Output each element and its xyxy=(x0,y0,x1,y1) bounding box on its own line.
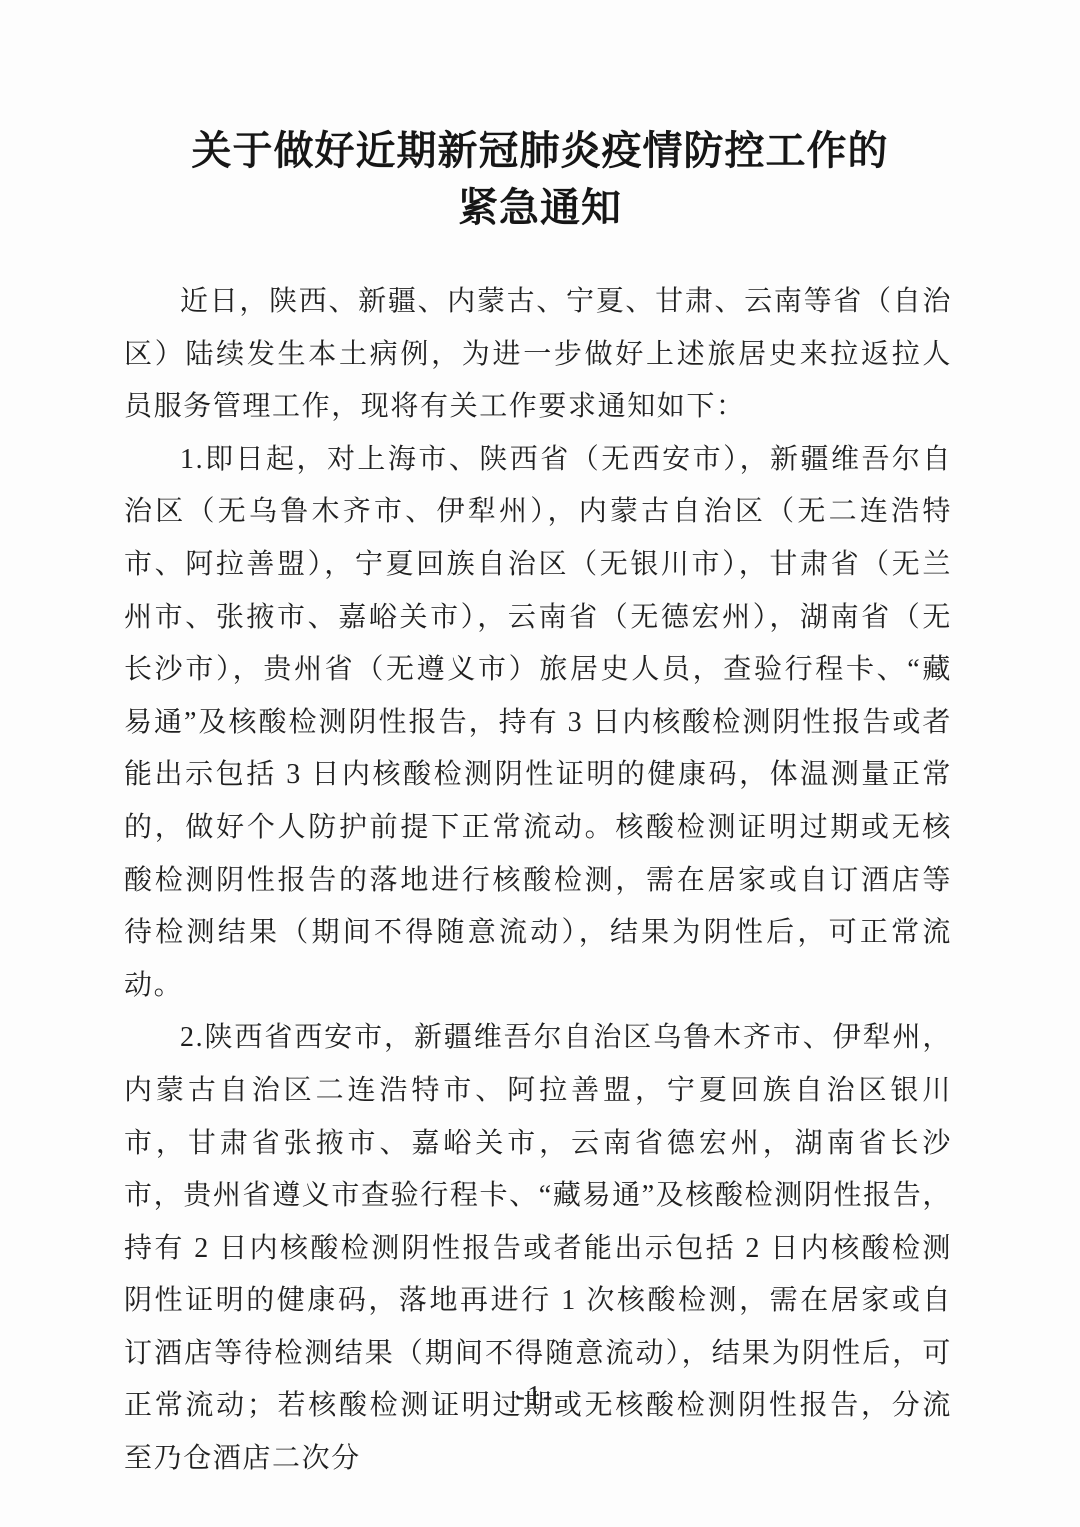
document-body: 近日，陕西、新疆、内蒙古、宁夏、甘肃、云南等省（自治区）陆续发生本土病例，为进一… xyxy=(124,276,952,1486)
title-line-1: 关于做好近期新冠肺炎疫情防控工作的 xyxy=(110,122,970,179)
paragraph-item-2: 2.陕西省西安市，新疆维吾尔自治区乌鲁木齐市、伊犁州，内蒙古自治区二连浩特市、阿… xyxy=(124,1012,952,1485)
document-title: 关于做好近期新冠肺炎疫情防控工作的 紧急通知 xyxy=(0,0,1080,236)
title-line-2: 紧急通知 xyxy=(110,179,970,236)
document-page: 关于做好近期新冠肺炎疫情防控工作的 紧急通知 近日，陕西、新疆、内蒙古、宁夏、甘… xyxy=(0,0,1080,1527)
page-number: -1- xyxy=(0,1381,1070,1413)
paragraph-item-1: 1.即日起，对上海市、陕西省（无西安市），新疆维吾尔自治区（无乌鲁木齐市、伊犁州… xyxy=(124,434,952,1013)
paragraph-intro: 近日，陕西、新疆、内蒙古、宁夏、甘肃、云南等省（自治区）陆续发生本土病例，为进一… xyxy=(124,276,952,434)
